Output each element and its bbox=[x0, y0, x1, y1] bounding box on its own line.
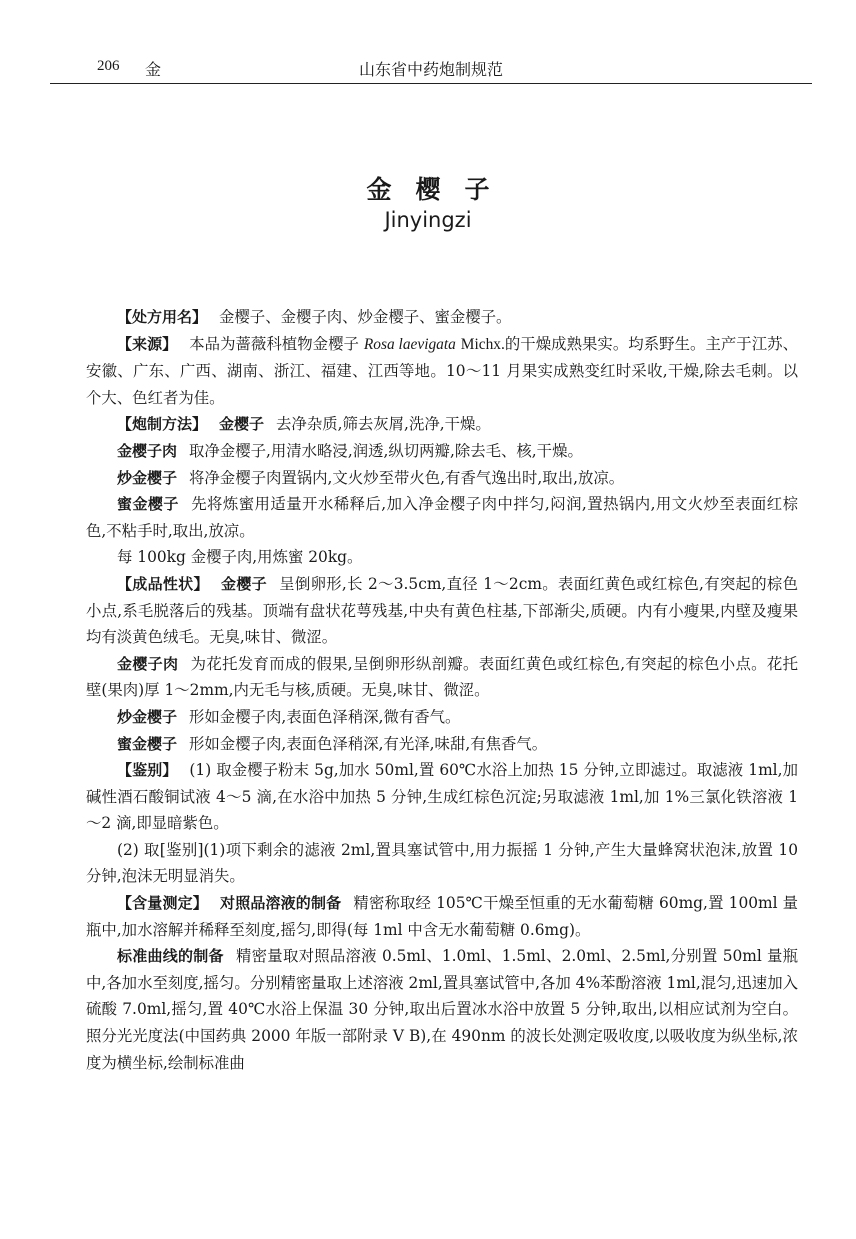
assay-paragraph: 【含量测定】对照品溶液的制备精密称取经 105℃干燥至恒重的无水葡萄糖 60mg… bbox=[86, 890, 798, 943]
entry-title: 金樱子 bbox=[0, 170, 856, 206]
prescription-names-paragraph: 【处方用名】金樱子、金樱子肉、炒金樱子、蜜金樱子。 bbox=[86, 304, 798, 331]
paragraph-text: 形如金樱子肉,表面色泽稍深,微有香气。 bbox=[189, 708, 460, 726]
paragraph-text: 将净金樱子肉置锅内,文火炒至带火色,有香气逸出时,取出,放凉。 bbox=[189, 469, 624, 487]
entry-pinyin: Jinyingzi bbox=[0, 208, 856, 232]
section-label: 【来源】 bbox=[117, 335, 177, 353]
item-name: 蜜金樱子 bbox=[117, 735, 177, 753]
paragraph-text: 精密量取对照品溶液 0.5ml、1.0ml、1.5ml、2.0ml、2.5ml,… bbox=[86, 947, 798, 1071]
section-label: 【处方用名】 bbox=[117, 308, 207, 326]
paragraph-text: 去净杂质,筛去灰屑,洗净,干燥。 bbox=[276, 415, 491, 433]
paragraph-text: (2) 取[鉴别](1)项下剩余的滤液 2ml,置具塞试管中,用力振摇 1 分钟… bbox=[86, 841, 798, 886]
item-name: 金樱子 bbox=[219, 415, 264, 433]
paragraph-text: 形如金樱子肉,表面色泽稍深,有光泽,味甜,有焦香气。 bbox=[189, 735, 547, 753]
characteristics-paragraph: 【成品性状】金樱子呈倒卵形,长 2～3.5cm,直径 1～2cm。表面红黄色或红… bbox=[86, 571, 798, 651]
item-name: 金樱子肉 bbox=[117, 442, 177, 460]
paragraph-text: 取净金樱子,用清水略浸,润透,纵切两瓣,除去毛、核,干燥。 bbox=[189, 442, 583, 460]
item-name: 标准曲线的制备 bbox=[117, 947, 224, 965]
entry-body: 【处方用名】金樱子、金樱子肉、炒金樱子、蜜金樱子。 【来源】本品为蔷薇科植物金樱… bbox=[86, 304, 798, 1076]
header-rule bbox=[50, 83, 812, 84]
section-label: 【炮制方法】 bbox=[117, 415, 207, 433]
processing-note: 每 100kg 金樱子肉,用炼蜜 20kg。 bbox=[86, 544, 798, 571]
item-name: 炒金樱子 bbox=[117, 469, 177, 487]
latin-name: Rosa laevigata bbox=[364, 336, 456, 353]
processing-item: 蜜金樱子先将炼蜜用适量开水稀释后,加入净金樱子肉中拌匀,闷润,置热锅内,用文火炒… bbox=[86, 491, 798, 544]
paragraph-text: 本品为蔷薇科植物金樱子 bbox=[189, 335, 359, 353]
section-label: 【成品性状】 bbox=[117, 575, 209, 593]
running-title: 山东省中药炮制规范 bbox=[52, 57, 810, 80]
characteristics-item: 炒金樱子形如金樱子肉,表面色泽稍深,微有香气。 bbox=[86, 704, 798, 731]
paragraph-text: 先将炼蜜用适量开水稀释后,加入净金樱子肉中拌匀,闷润,置热锅内,用文火炒至表面红… bbox=[86, 495, 798, 540]
processing-item: 金樱子肉取净金樱子,用清水略浸,润透,纵切两瓣,除去毛、核,干燥。 bbox=[86, 438, 798, 465]
characteristics-item: 蜜金樱子形如金樱子肉,表面色泽稍深,有光泽,味甜,有焦香气。 bbox=[86, 731, 798, 758]
processing-paragraph: 【炮制方法】金樱子去净杂质,筛去灰屑,洗净,干燥。 bbox=[86, 411, 798, 438]
section-label: 【鉴别】 bbox=[117, 761, 177, 779]
characteristics-item: 金樱子肉为花托发育而成的假果,呈倒卵形纵剖瓣。表面红黄色或红棕色,有突起的棕色小… bbox=[86, 651, 798, 704]
item-name: 金樱子 bbox=[221, 575, 267, 593]
paragraph-text: 为花托发育而成的假果,呈倒卵形纵剖瓣。表面红黄色或红棕色,有突起的棕色小点。花托… bbox=[86, 655, 798, 700]
item-name: 蜜金樱子 bbox=[117, 495, 179, 513]
processing-item: 炒金樱子将净金樱子肉置锅内,文火炒至带火色,有香气逸出时,取出,放凉。 bbox=[86, 465, 798, 492]
identification-paragraph: 【鉴别】(1) 取金樱子粉末 5g,加水 50ml,置 60℃水浴上加热 15 … bbox=[86, 757, 798, 837]
item-name: 金樱子肉 bbox=[117, 655, 178, 673]
paragraph-text: (1) 取金樱子粉末 5g,加水 50ml,置 60℃水浴上加热 15 分钟,立… bbox=[86, 761, 798, 832]
source-paragraph: 【来源】本品为蔷薇科植物金樱子 Rosa laevigata Michx.的干燥… bbox=[86, 331, 798, 412]
section-label: 【含量测定】 bbox=[117, 894, 208, 912]
paragraph-text: 每 100kg 金樱子肉,用炼蜜 20kg。 bbox=[117, 548, 362, 566]
identification-item: (2) 取[鉴别](1)项下剩余的滤液 2ml,置具塞试管中,用力振摇 1 分钟… bbox=[86, 837, 798, 890]
item-name: 炒金樱子 bbox=[117, 708, 177, 726]
item-name: 对照品溶液的制备 bbox=[220, 894, 341, 912]
paragraph-text: 金樱子、金樱子肉、炒金樱子、蜜金樱子。 bbox=[219, 308, 511, 326]
latin-author: Michx. bbox=[461, 336, 505, 353]
page-header: 206 金 山东省中药炮制规范 bbox=[52, 52, 810, 82]
assay-item: 标准曲线的制备精密量取对照品溶液 0.5ml、1.0ml、1.5ml、2.0ml… bbox=[86, 943, 798, 1076]
